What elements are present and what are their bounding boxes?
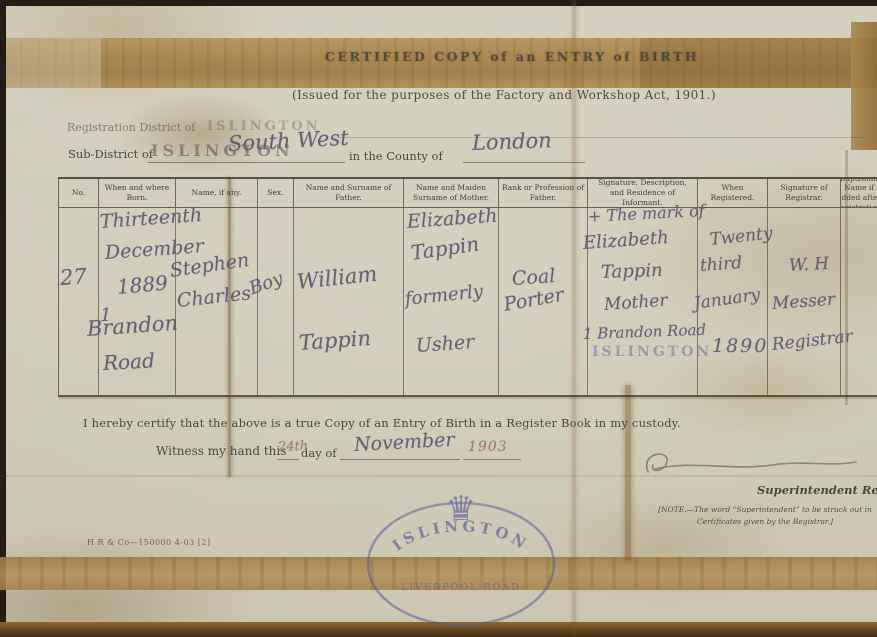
column-header-mother: Name and Maiden Surname of Mother. bbox=[404, 179, 499, 208]
sub-district-label: Sub-District of bbox=[68, 147, 153, 161]
tape-strip-right bbox=[851, 22, 877, 150]
entry-born-line: 1889 bbox=[116, 271, 169, 299]
signature-flourish bbox=[620, 448, 865, 493]
column-header-name-after-registration: Baptismal Name if added after Registrati… bbox=[841, 179, 877, 208]
entry-registered-line: 1890 bbox=[712, 335, 768, 357]
entry-informant-line: Tappin bbox=[601, 260, 663, 283]
witness-year-value: 1903 bbox=[468, 439, 508, 455]
entry-father-line: Tappin bbox=[298, 326, 372, 355]
ruled-line bbox=[340, 459, 460, 460]
tape-worn-patch bbox=[6, 38, 101, 88]
registration-district-label: Registration District of bbox=[67, 121, 195, 134]
table-cell bbox=[841, 208, 877, 395]
table-cell bbox=[258, 208, 294, 395]
ruled-line bbox=[335, 137, 863, 138]
county-value: London bbox=[472, 128, 553, 155]
column-header-sex: Sex. bbox=[258, 179, 294, 208]
certify-statement: I hereby certify that the above is a tru… bbox=[83, 416, 681, 430]
issued-purpose-line: (Issued for the purposes of the Factory … bbox=[292, 88, 677, 102]
column-header-no: No. bbox=[59, 179, 99, 208]
county-label: in the County of bbox=[349, 149, 443, 163]
registrar-note-line: Certificates given by the Registrar.] bbox=[653, 516, 877, 528]
registrar-note: [NOTE.—The word “Superintendent” to be s… bbox=[653, 504, 877, 527]
column-header-when-where-born: When and where Born. bbox=[99, 179, 176, 208]
ruled-line bbox=[463, 162, 585, 163]
scanned-birth-certificate: CERTIFIED COPY of an ENTRY of BIRTH (Iss… bbox=[0, 0, 877, 637]
witness-day-value: 24th bbox=[278, 439, 309, 455]
entry-registered-line: third bbox=[699, 253, 743, 276]
stamp-road-text: LIVERPOOL ROAD bbox=[401, 582, 521, 593]
witness-prefix: Witness my hand this bbox=[156, 444, 286, 458]
registrar-note-line: [NOTE.—The word “Superintendent” to be s… bbox=[653, 504, 877, 516]
ruled-line bbox=[148, 162, 345, 163]
column-header-when-registered: When Registered. bbox=[698, 179, 768, 208]
entry-born-line: Road bbox=[102, 348, 155, 375]
certificate-title: CERTIFIED COPY of an ENTRY of BIRTH bbox=[325, 49, 665, 64]
ruled-line bbox=[463, 459, 521, 460]
entry-number: 27 bbox=[59, 264, 87, 290]
table-cell bbox=[59, 208, 99, 395]
informant-cell-stamp: ISLINGTON bbox=[592, 344, 712, 360]
entry-mother-line: Usher bbox=[415, 331, 475, 357]
table-cell bbox=[294, 208, 404, 395]
column-header-rank: Rank or Profession of Father. bbox=[499, 179, 588, 208]
ruled-line bbox=[277, 459, 299, 460]
stamp-arc-text: ISLINGTON bbox=[389, 517, 532, 555]
column-header-father: Name and Surname of Father. bbox=[294, 179, 404, 208]
registrar-signature-line: W. H bbox=[788, 254, 829, 276]
column-header-name: Name, if any. bbox=[176, 179, 258, 208]
svg-text:ISLINGTON: ISLINGTON bbox=[389, 517, 532, 555]
printer-mark: H R & Co—150000 4-03 [2] bbox=[87, 538, 211, 547]
column-header-registrar-signature: Signature of Registrar. bbox=[768, 179, 841, 208]
office-stamp: ♛ ISLINGTON LIVERPOOL ROAD bbox=[355, 478, 567, 630]
